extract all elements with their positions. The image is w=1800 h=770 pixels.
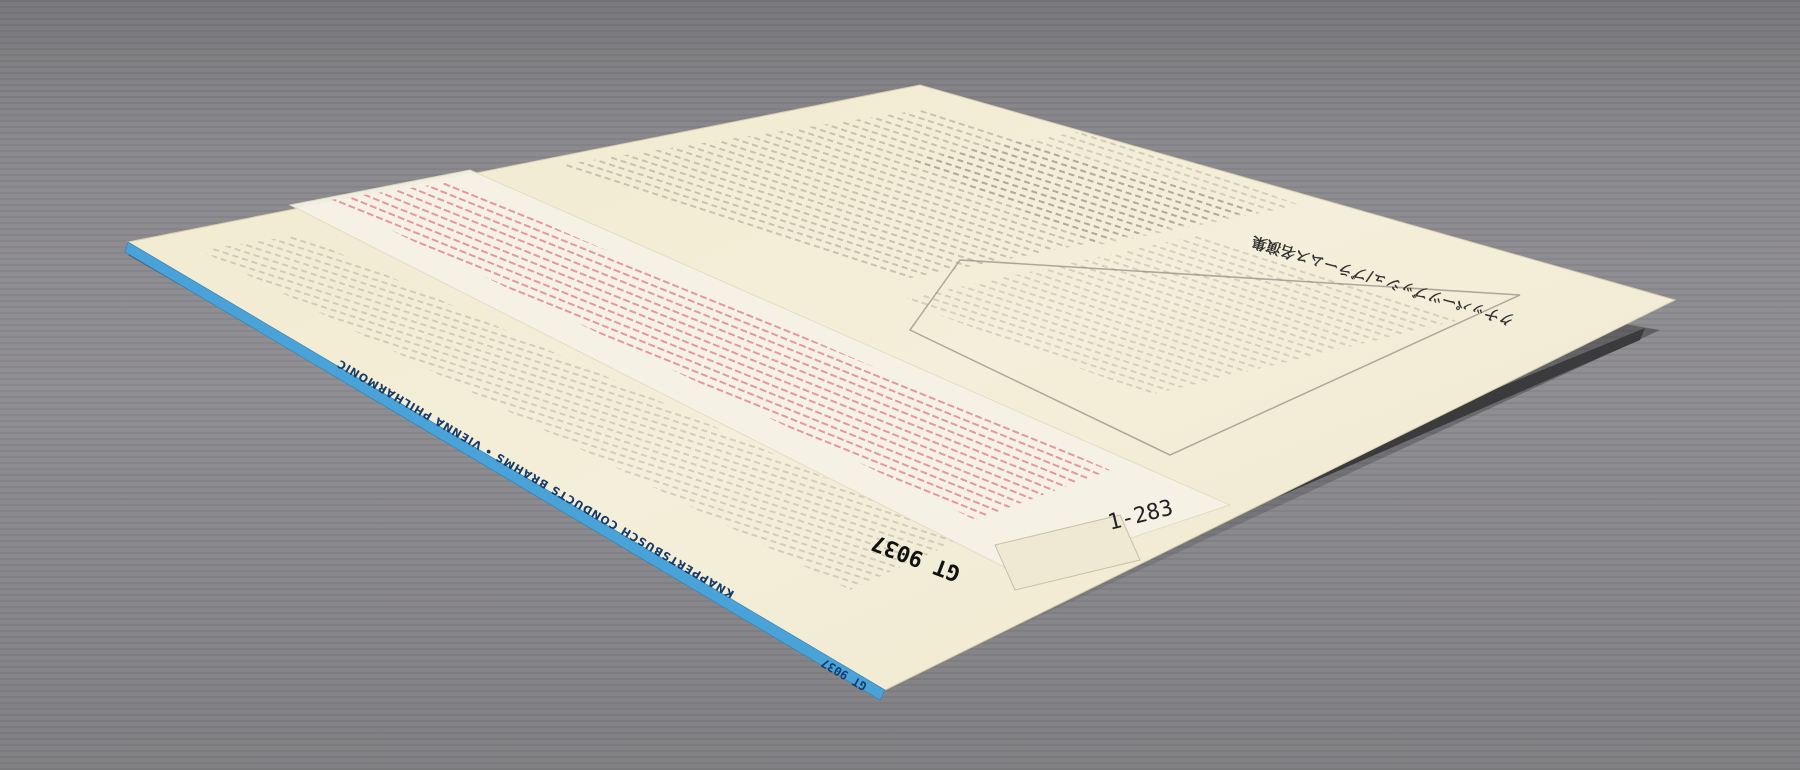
lp-jacket: KNAPPERTSBUSCH CONDUCTS BRAHMS • VIENNA …: [0, 0, 1800, 770]
photo-scene: KNAPPERTSBUSCH CONDUCTS BRAHMS • VIENNA …: [0, 0, 1800, 770]
